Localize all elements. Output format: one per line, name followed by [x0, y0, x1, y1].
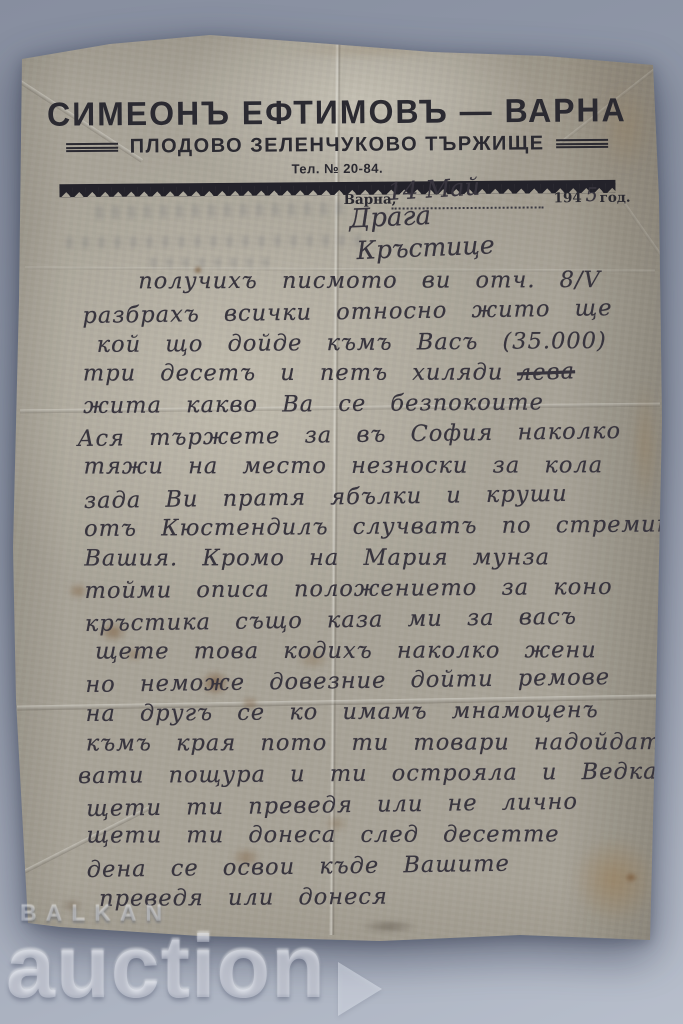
- handwritten-line: Ася тържете за въ София наколко: [77, 416, 643, 455]
- triple-line-flourish-left: [66, 143, 118, 152]
- letterhead-subtitle: ПЛОДОВО ЗЕЛЕНЧУКОВО ТЪРЖИЩЕ: [130, 132, 545, 158]
- handwritten-lines: получихъ писмото ви отч. 8/Vразбрахъ вси…: [82, 264, 647, 915]
- photo-scene: СИМЕОНЪ ЕФТИМОВЪ — ВАРНА ПЛОДОВО ЗЕЛЕНЧУ…: [0, 0, 683, 1024]
- handwritten-line: преведя или донеся: [99, 880, 647, 915]
- handwritten-line: щети ти донеса след десетте: [87, 819, 647, 851]
- handwritten-line: Вашия. Кромо на Мария мунза: [84, 542, 644, 574]
- salutation: Драга Кръстице: [349, 198, 496, 265]
- printed-year-prefix: 194: [553, 190, 581, 206]
- letterhead-company-name: СИМЕОНЪ ЕФТИМОВЪ — ВАРНА: [37, 91, 637, 134]
- handwritten-line: кръстика също каза ми за васъ: [85, 600, 645, 639]
- handwritten-line: кой що дойде къмъ Васъ (35.000): [97, 325, 643, 360]
- letter-paper: СИМЕОНЪ ЕФТИМОВЪ — ВАРНА ПЛОДОВО ЗЕЛЕНЧУ…: [0, 0, 683, 1024]
- handwritten-line: къмъ края пото ти товари надойдатъ: [86, 727, 646, 759]
- letter-content: СИМЕОНЪ ЕФТИМОВЪ — ВАРНА ПЛОДОВО ЗЕЛЕНЧУ…: [0, 0, 683, 1024]
- printed-year-label: год.: [599, 190, 630, 206]
- handwritten-line: получихъ писмото ви отч. 8/V: [138, 265, 642, 297]
- triple-line-flourish-right: [557, 139, 609, 148]
- handwritten-year-digit: 5: [585, 184, 597, 206]
- salutation-line-1: Драга: [349, 198, 494, 234]
- struck-word: лева: [517, 357, 576, 390]
- letterhead-phone: Тел. № 20-84.: [37, 159, 637, 179]
- handwritten-line: три десетъ и петъ хилядилева: [83, 357, 643, 389]
- salutation-line-2: Кръстице: [356, 230, 495, 265]
- handwritten-line: на другъ се ко имамъ мнамоценъ: [85, 695, 645, 730]
- handwritten-line: тяжи на место незноски за кола: [84, 450, 644, 482]
- paper-sheet: СИМЕОНЪ ЕФТИМОВЪ — ВАРНА ПЛОДОВО ЗЕЛЕНЧУ…: [0, 0, 683, 1024]
